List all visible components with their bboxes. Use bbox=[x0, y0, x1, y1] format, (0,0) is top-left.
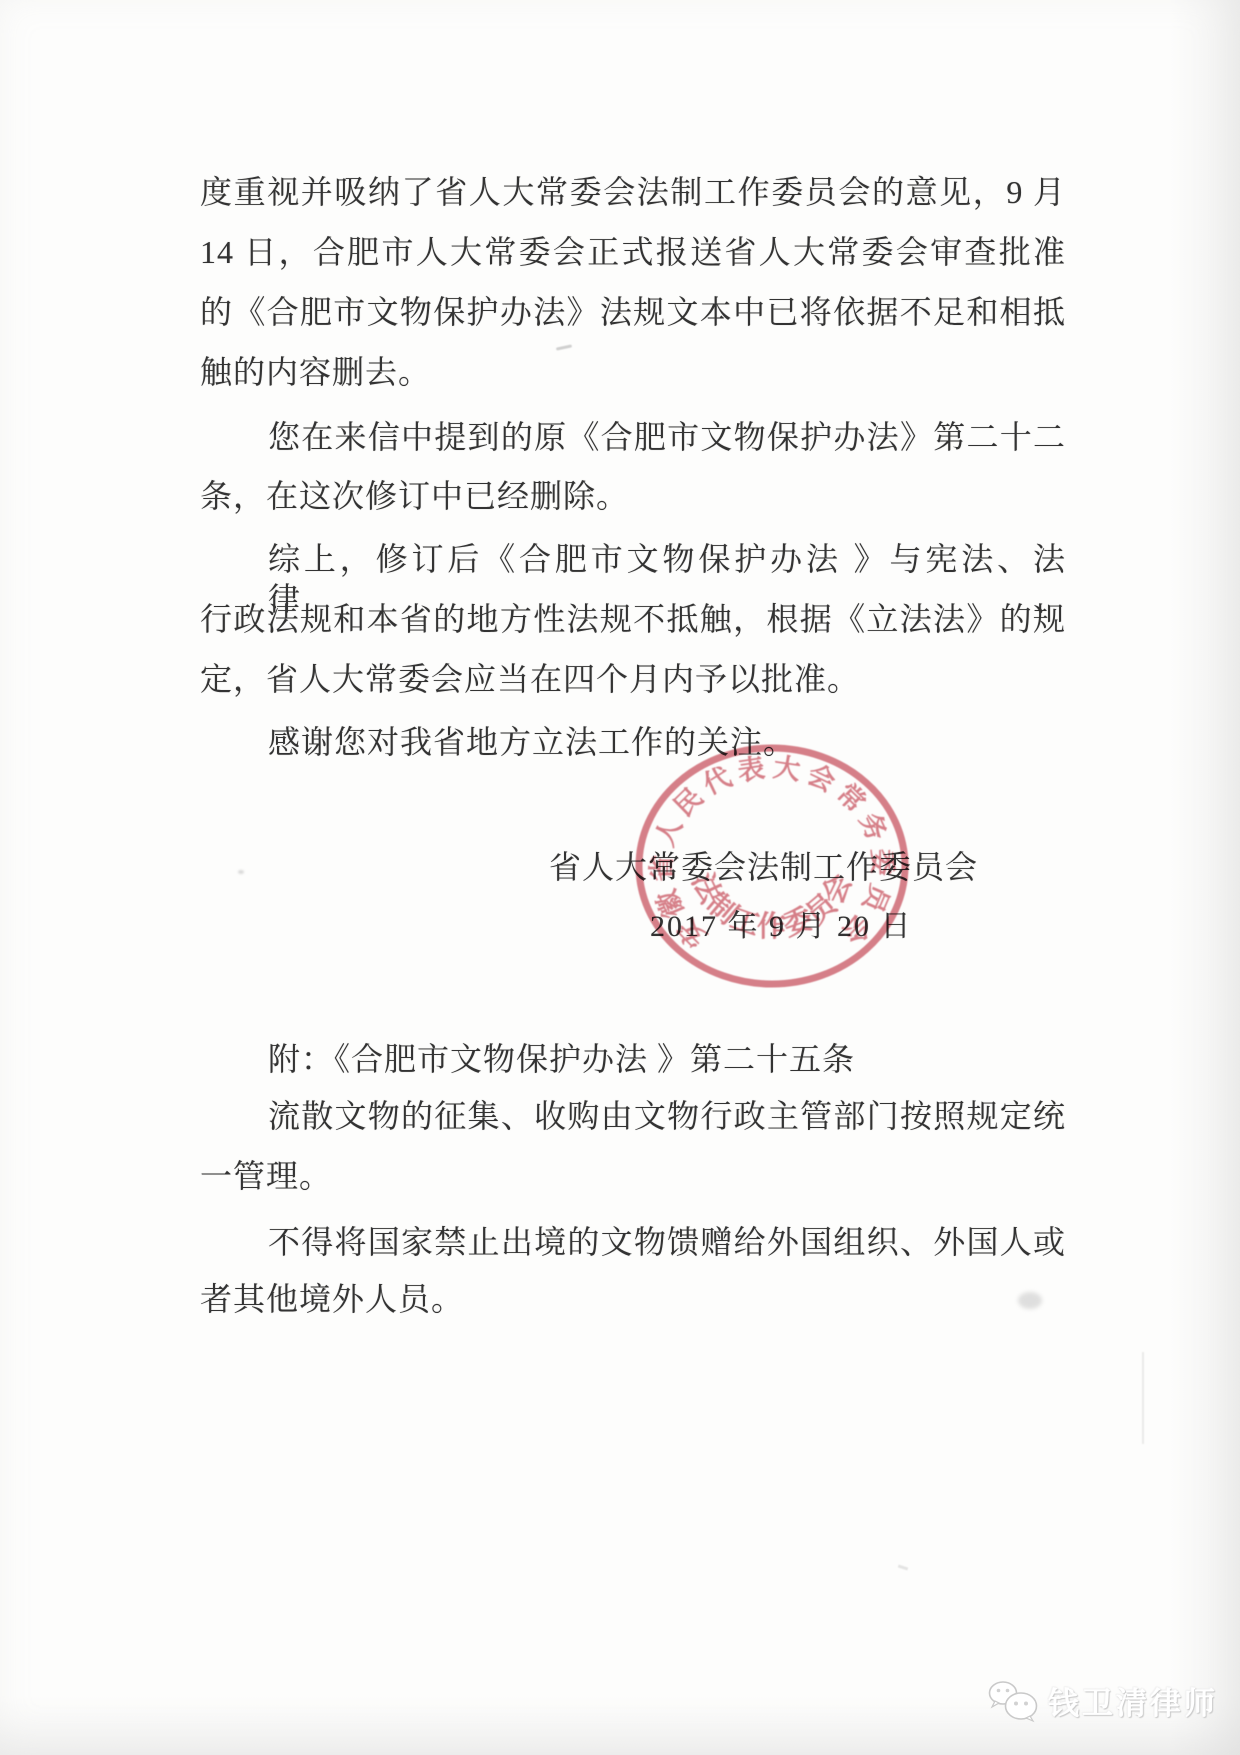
letter-line: 您在来信中提到的原《合肥市文物保护办法》第二十二 bbox=[200, 417, 1066, 457]
scan-artifact bbox=[238, 870, 244, 874]
watermark-label: 钱卫清律师 bbox=[1048, 1678, 1218, 1723]
letter-line: 定，省人大常委会应当在四个月内予以批准。 bbox=[200, 659, 1066, 699]
letter-line: 的《合肥市文物保护办法》法规文本中已将依据不足和相抵 bbox=[200, 292, 1066, 332]
seal-ring bbox=[639, 748, 905, 984]
attachment-heading: 附：《合肥市文物保护办法 》第二十五条 bbox=[200, 1039, 1066, 1079]
scan-shading bbox=[1170, 0, 1240, 1755]
official-seal: 安徽省人民代表大会常务委员会 法制工作委员会 bbox=[617, 731, 927, 1001]
attachment-line: 不得将国家禁止出境的文物馈赠给外国组织、外国人或 bbox=[200, 1222, 1066, 1262]
attachment-line: 一管理。 bbox=[200, 1156, 1066, 1196]
letter-line: 度重视并吸纳了省人大常委会法制工作委员会的意见，9 月 bbox=[200, 172, 1066, 212]
watermark: 钱卫清律师 bbox=[986, 1678, 1218, 1723]
letter-line: 14 日，合肥市人大常委会正式报送省人大常委会审查批准 bbox=[200, 232, 1066, 272]
letter-line: 行政法规和本省的地方性法规不抵触，根据《立法法》的规 bbox=[200, 599, 1066, 639]
letter-line: 触的内容删去。 bbox=[200, 352, 1066, 392]
scanned-letter-page: 度重视并吸纳了省人大常委会法制工作委员会的意见，9 月 14 日，合肥市人大常委… bbox=[0, 0, 1240, 1755]
letter-line: 条，在这次修订中已经删除。 bbox=[200, 476, 1066, 516]
attachment-line: 者其他境外人员。 bbox=[200, 1279, 1066, 1319]
scan-artifact bbox=[898, 1565, 908, 1571]
attachment-line: 流散文物的征集、收购由文物行政主管部门按照规定统 bbox=[200, 1096, 1066, 1136]
scan-artifact bbox=[556, 344, 572, 350]
wechat-icon bbox=[986, 1679, 1040, 1723]
scan-artifact bbox=[1142, 1352, 1144, 1444]
